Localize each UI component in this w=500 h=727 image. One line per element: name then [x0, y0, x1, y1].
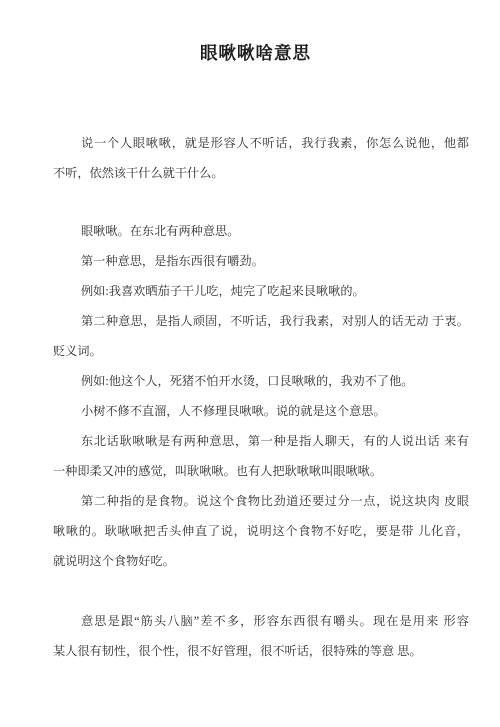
paragraph-4: 例如:我喜欢晒茄子干儿吃，炖完了吃起来艮啾啾的。: [53, 276, 469, 306]
paragraph-9: 第二种指的是食物。说这个食物比劲道还要过分一点，说这块肉 皮眼 啾啾的。耿啾啾把…: [53, 486, 469, 576]
text-line: 意思是跟“筋头八脑”差不多，形容东西很有嚼头。现在是用来 形容: [53, 606, 469, 636]
page-title: 眼啾啾啥意思: [42, 40, 469, 66]
text-line: 就说明这个食物好吃。: [53, 546, 469, 576]
paragraph-5: 第二种意思，是指人顽固，不听话，我行我素，对别人的话无动 于衷。 贬义词。: [53, 306, 469, 366]
paragraph-3: 第一种意思，是指东西很有嚼劲。: [53, 246, 469, 276]
paragraph-8: 东北话耿啾啾是有两种意思，第一种是指人聊天，有的人说出话 来有 一种即柔又冲的感…: [53, 426, 469, 486]
text-line: 眼啾啾。在东北有两种意思。: [53, 216, 469, 246]
paragraph-2: 眼啾啾。在东北有两种意思。: [53, 216, 469, 246]
paragraph-7: 小树不修不直溜，人不修理艮啾啾。说的就是这个意思。: [53, 396, 469, 426]
text-line: 第一种意思，是指东西很有嚼劲。: [53, 246, 469, 276]
text-line: 第二种指的是食物。说这个食物比劲道还要过分一点，说这块肉 皮眼: [53, 486, 469, 516]
text-line: 不听，依然该干什么就干什么。: [53, 158, 469, 188]
text-line: 贬义词。: [53, 336, 469, 366]
paragraph-6: 例如:他这个人，死猪不怕开水烫，口艮啾啾的，我劝不了他。: [53, 366, 469, 396]
text-line: 第二种意思，是指人顽固，不听话，我行我素，对别人的话无动 于衷。: [53, 306, 469, 336]
text-line: 例如:他这个人，死猪不怕开水烫，口艮啾啾的，我劝不了他。: [53, 366, 469, 396]
text-line: 啾啾的。耿啾啾把舌头伸直了说，说明这个食物不好吃，要是带 儿化音，: [53, 516, 469, 546]
text-line: 说一个人眼啾啾，就是形容人不听话，我行我素，你怎么说他，他都: [53, 128, 469, 158]
document-body: 说一个人眼啾啾，就是形容人不听话，我行我素，你怎么说他，他都 不听，依然该干什么…: [53, 128, 469, 666]
text-line: 一种即柔又冲的感觉，叫耿啾啾。也有人把耿啾啾叫眼啾啾。: [53, 456, 469, 486]
text-line: 东北话耿啾啾是有两种意思，第一种是指人聊天，有的人说出话 来有: [53, 426, 469, 456]
paragraph-1: 说一个人眼啾啾，就是形容人不听话，我行我素，你怎么说他，他都 不听，依然该干什么…: [53, 128, 469, 188]
text-line: 小树不修不直溜，人不修理艮啾啾。说的就是这个意思。: [53, 396, 469, 426]
paragraph-10: 意思是跟“筋头八脑”差不多，形容东西很有嚼头。现在是用来 形容 某人很有韧性，很…: [53, 606, 469, 666]
text-line: 某人很有韧性，很个性，很不好管理，很不听话，很特殊的等意 思。: [53, 636, 469, 666]
text-line: 例如:我喜欢晒茄子干儿吃，炖完了吃起来艮啾啾的。: [53, 276, 469, 306]
document-page: 眼啾啾啥意思 说一个人眼啾啾，就是形容人不听话，我行我素，你怎么说他，他都 不听…: [0, 0, 500, 727]
